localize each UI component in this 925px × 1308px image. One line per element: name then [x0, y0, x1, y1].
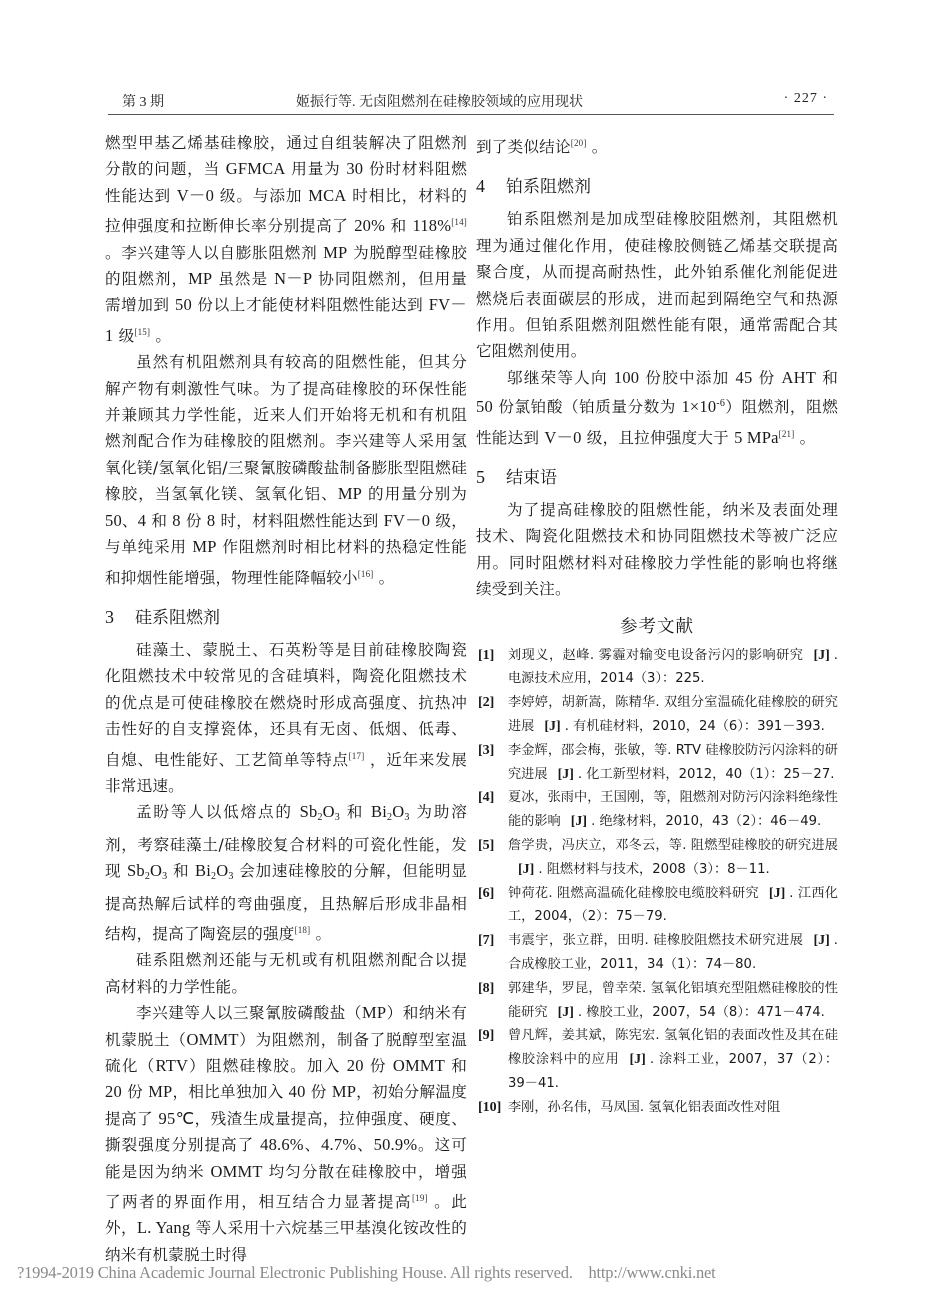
paragraph-gfmca: 燃型甲基乙烯基硅橡胶，通过自组装解决了阻燃剂分散的问题，当 GFMCA 用量为 …: [105, 130, 467, 349]
section-heading-3: 3硅系阻燃剂: [105, 597, 467, 637]
paragraph-conclusion: 为了提高硅橡胶的阻燃性能，纳米及表面处理技术、陶瓷化阻燃技术和协同阻燃技术等被广…: [476, 497, 838, 603]
citation[interactable]: [17]: [349, 751, 365, 761]
reference-source: . 绝缘材料，2010，43（2）：46－49.: [591, 814, 821, 829]
paragraph-platinum-mechanism: 铂系阻燃剂是加成型硅橡胶阻燃剂，其阻燃机理为通过催化作用，使硅橡胶侧链乙烯基交联…: [476, 206, 838, 364]
reference-type-mark: [J]: [630, 1052, 646, 1067]
header-divider: [108, 114, 834, 115]
reference-item: [10]李刚，孙名伟，马凤国. 氢氧化铝表面改性对阻: [476, 1096, 838, 1120]
reference-item: [4]夏冰，张雨中，王国刚，等，阻燃剂对防污闪涂料绝缘性能的影响[J]. 绝缘材…: [476, 786, 838, 834]
reference-item: [2]李婷婷，胡新嵩，陈精华. 双组分室温硫化硅橡胶的研究进展[J]. 有机硅材…: [476, 691, 838, 739]
reference-item: [9]曾凡辉，姜其斌，陈宪宏. 氢氧化铝的表面改性及其在硅橡胶涂料中的应用[J]…: [476, 1024, 838, 1095]
paragraph-silicon-fillers: 硅藻土、蒙脱土、石英粉等是目前硅橡胶陶瓷化阻燃技术中较常见的含硅填料，陶瓷化阻燃…: [105, 637, 467, 799]
paragraph-organic-inorganic: 虽然有机阻燃剂具有较高的阻燃性能，但其分解产物有刺激性气味。为了提高硅橡胶的环保…: [105, 349, 467, 591]
reference-source: . 橡胶工业，2007，54（8）：471－474.: [578, 1005, 825, 1020]
right-column: 到了类似结论[20] 。 4铂系阻燃剂 铂系阻燃剂是加成型硅橡胶阻燃剂，其阻燃机…: [476, 130, 838, 1120]
reference-type-mark: [J]: [558, 767, 574, 782]
reference-number: [2]: [478, 691, 494, 715]
citation[interactable]: [15]: [134, 327, 150, 337]
reference-text: 钟荷花. 阻燃高温硫化硅橡胶电缆胶料研究: [508, 886, 759, 901]
reference-source: . 阻燃材料与技术，2008（3）：8－11.: [538, 862, 769, 877]
reference-number: [6]: [478, 882, 494, 906]
reference-type-mark: [J]: [544, 719, 560, 734]
reference-number: [1]: [478, 644, 494, 668]
paragraph-silicon-combination: 硅系阻燃剂还能与无机或有机阻燃剂配合以提高材料的力学性能。: [105, 947, 467, 1000]
citation[interactable]: [19]: [412, 1193, 428, 1203]
cnki-link[interactable]: http://www.cnki.net: [588, 1263, 715, 1282]
running-header: 第 3 期 姬振行等. 无卤阻燃剂在硅橡胶领域的应用现状 · 227 ·: [118, 89, 828, 111]
reference-number: [8]: [478, 977, 494, 1001]
reference-text: 刘现义，赵峰. 雾霾对输变电设备污闪的影响研究: [508, 648, 803, 663]
paragraph-sb2o3-bi2o3: 孟盼等人以低熔点的 Sb2O3 和 Bi2O3 为助溶剂，考察硅藻土/硅橡胶复合…: [105, 799, 467, 947]
reference-number: [3]: [478, 739, 494, 763]
reference-text: 詹学贵，冯庆立，邓冬云，等. 阻燃型硅橡胶的研究进展: [508, 838, 838, 853]
reference-source: . 有机硅材料，2010，24（6）：391－393.: [565, 719, 825, 734]
paragraph-aht-chloroplatinic: 邬继荣等人向 100 份胶中添加 45 份 AHT 和 50 份氯铂酸（铂质量分…: [476, 365, 838, 451]
issue-label: 第 3 期: [122, 91, 164, 111]
reference-type-mark: [J]: [571, 814, 587, 829]
reference-text: 韦震宇，张立群，田明. 硅橡胶阻燃技术研究进展: [508, 933, 803, 948]
citation[interactable]: [14]: [451, 217, 467, 227]
reference-number: [7]: [478, 929, 494, 953]
reference-item: [5]詹学贵，冯庆立，邓冬云，等. 阻燃型硅橡胶的研究进展[J]. 阻燃材料与技…: [476, 834, 838, 882]
reference-text: 李刚，孙名伟，马凤国. 氢氧化铝表面改性对阻: [508, 1100, 780, 1115]
reference-number: [9]: [478, 1024, 494, 1048]
citation[interactable]: [16]: [358, 569, 374, 579]
citation[interactable]: [21]: [779, 429, 795, 439]
paragraph-ommt-mp: 李兴建等人以三聚氰胺磷酸盐（MP）和纳米有机蒙脱土（OMMT）为阻燃剂，制备了脱…: [105, 1000, 467, 1268]
reference-number: [4]: [478, 786, 494, 810]
page-number: · 227 ·: [784, 91, 828, 107]
references-heading: 参考文献: [476, 613, 838, 638]
copyright-footer: ?1994-2019 China Academic Journal Electr…: [17, 1263, 716, 1283]
reference-item: [7]韦震宇，张立群，田明. 硅橡胶阻燃技术研究进展[J]. 合成橡胶工业，20…: [476, 929, 838, 977]
section-heading-5: 5结束语: [476, 457, 838, 497]
citation[interactable]: [20]: [571, 138, 587, 148]
reference-item: [6]钟荷花. 阻燃高温硫化硅橡胶电缆胶料研究[J]. 江西化工，2004，（2…: [476, 882, 838, 930]
reference-item: [1]刘现义，赵峰. 雾霾对输变电设备污闪的影响研究[J]. 电源技术应用，20…: [476, 644, 838, 692]
citation[interactable]: [18]: [295, 925, 311, 935]
section-heading-4: 4铂系阻燃剂: [476, 166, 838, 206]
reference-type-mark: [J]: [769, 886, 785, 901]
left-column: 燃型甲基乙烯基硅橡胶，通过自组装解决了阻燃剂分散的问题，当 GFMCA 用量为 …: [105, 130, 467, 1268]
reference-number: [5]: [478, 834, 494, 858]
copyright-text: ?1994-2019 China Academic Journal Electr…: [17, 1263, 573, 1282]
reference-source: . 化工新型材料，2012，40（1）：25－27.: [578, 767, 835, 782]
reference-list: [1]刘现义，赵峰. 雾霾对输变电设备污闪的影响研究[J]. 电源技术应用，20…: [476, 644, 838, 1120]
reference-type-mark: [J]: [558, 1005, 574, 1020]
running-title: 姬振行等. 无卤阻燃剂在硅橡胶领域的应用现状: [296, 91, 583, 111]
reference-number: [10]: [478, 1096, 501, 1120]
reference-type-mark: [J]: [518, 862, 534, 877]
reference-type-mark: [J]: [813, 648, 829, 663]
reference-type-mark: [J]: [813, 933, 829, 948]
reference-item: [3]李金辉，邵会梅，张敏，等. RTV 硅橡胶防污闪涂料的研究进展[J]. 化…: [476, 739, 838, 787]
reference-item: [8]郭建华，罗昆，曾幸荣. 氢氧化铝填充型阻燃硅橡胶的性能研究[J]. 橡胶工…: [476, 977, 838, 1025]
paragraph-continuation: 到了类似结论[20] 。: [476, 130, 838, 160]
